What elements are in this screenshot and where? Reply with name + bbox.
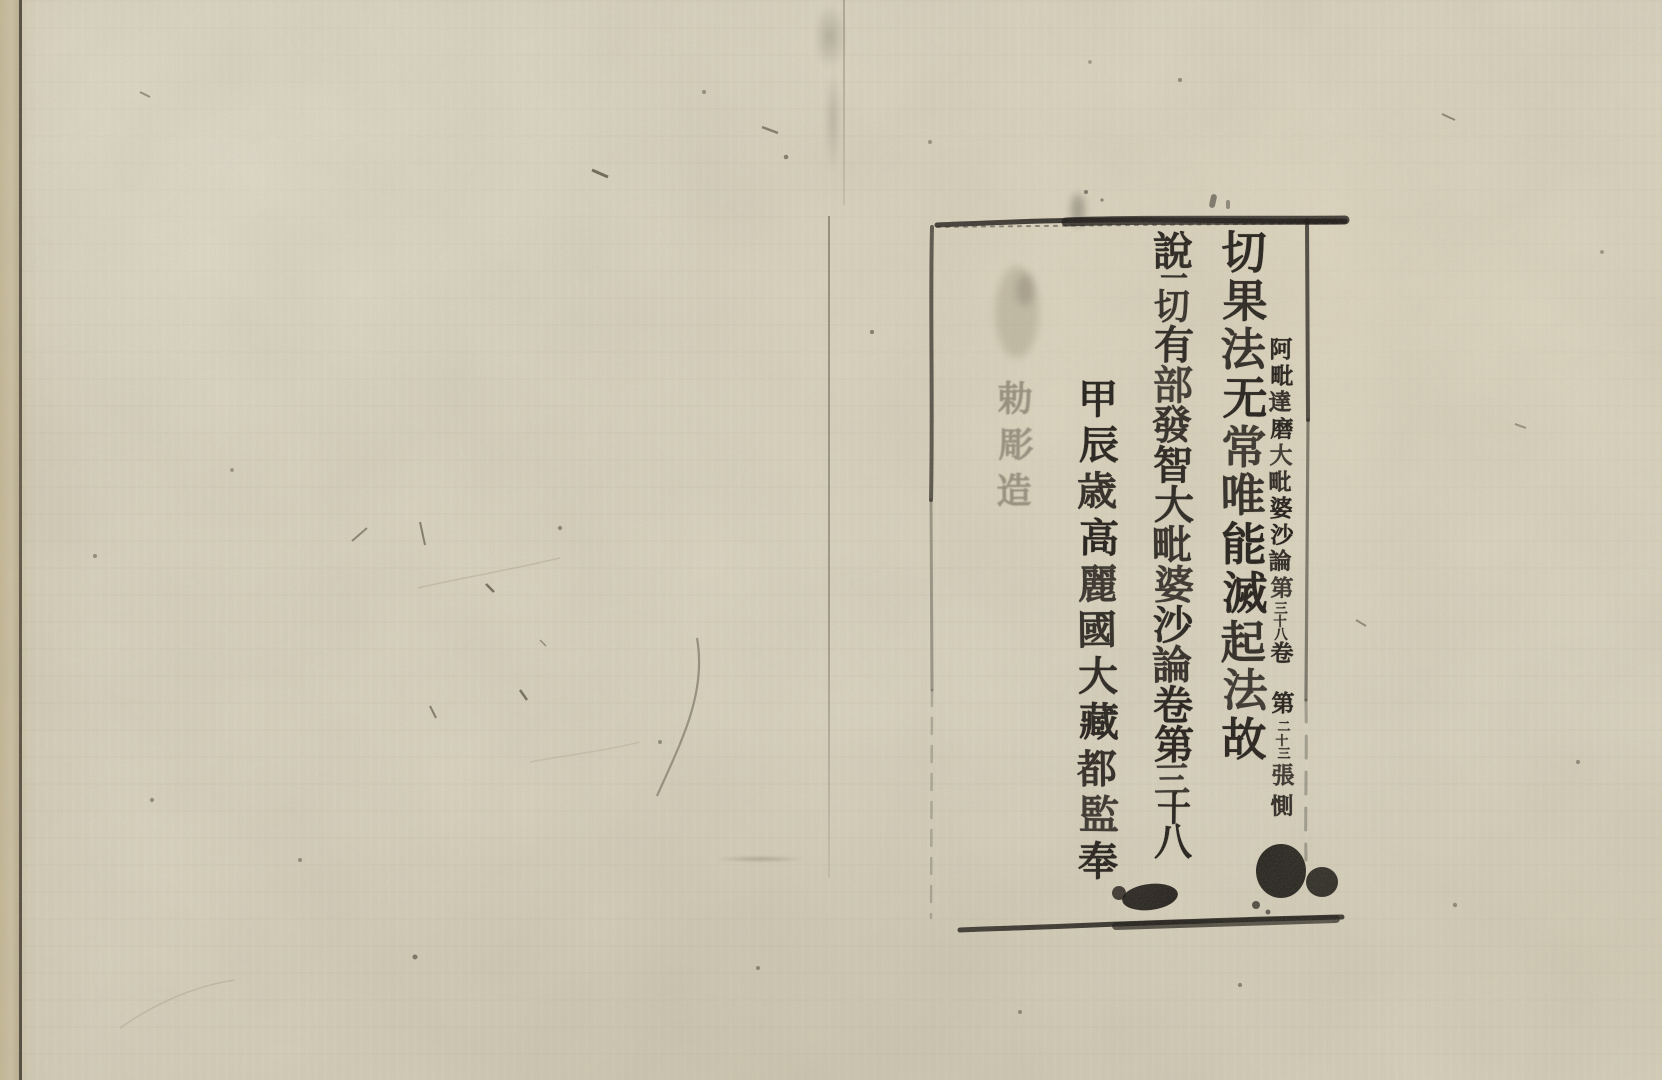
printed-character: 大 [1074,654,1122,700]
page-crease [828,216,830,878]
printed-character: 都 [1073,746,1122,793]
printed-character: 達 [1260,390,1300,417]
printed-character: 毗 [1260,469,1300,496]
column-sheet-number: 第二十三張惻 [1265,689,1301,823]
printed-character: 毗 [1142,526,1203,567]
printed-character: 發 [1142,406,1203,447]
printed-character: 造 [992,469,1037,516]
column-volume-title-small: 阿毗達磨大毗婆沙論第三十八卷 [1261,337,1301,668]
page-binding-edge [0,0,19,1080]
printed-character: 論 [1142,646,1203,687]
printed-character: 十 [1260,615,1300,629]
printed-character: 十 [1144,797,1204,827]
printed-character: 切 [1142,290,1202,327]
printed-character: 國 [1073,608,1122,655]
column-end-title: 說一切有部發智大毗婆沙論卷第三十八 [1143,232,1203,862]
printed-character: 藏 [1075,700,1123,747]
printed-character: 阿 [1261,337,1301,364]
paper-stain [714,855,806,863]
printed-character: 監 [1075,792,1123,839]
page-edge-line [19,0,22,1080]
printed-character: 卷 [1143,686,1203,726]
printed-character: 卷 [1262,641,1302,668]
page-crease [843,0,845,205]
printed-character: 有 [1144,326,1204,367]
printed-character: 智 [1143,446,1203,486]
printed-character: 麗 [1074,562,1122,608]
printed-character: 歳 [1073,469,1122,516]
printed-character: 婆 [1144,566,1204,607]
printed-character: 果 [1217,277,1274,326]
printed-character: 辰 [1075,423,1123,470]
printed-character: 第 [1262,575,1302,602]
printed-character: 婆 [1261,496,1301,523]
printed-character: 部 [1143,366,1203,406]
printed-character: 彫 [994,423,1038,469]
printed-character: 磨 [1262,416,1302,443]
printed-character: 八 [1143,826,1203,862]
printed-character: 沙 [1143,606,1203,646]
printed-character: 八 [1261,628,1301,641]
printed-character: 大 [1261,443,1301,470]
column-colophon-decree: 勅彫造 [993,377,1037,515]
printed-character: 切 [1216,229,1272,278]
scanned-page: 切果法无常唯能滅起法故 阿毗達磨大毗婆沙論第三十八卷 第二十三張惻 說一切有部發… [0,0,1662,1080]
printed-character: 張 [1265,761,1301,792]
printed-character: 論 [1260,549,1300,576]
printed-character: 勅 [993,377,1037,423]
printed-character: 惻 [1264,791,1300,822]
printed-character: 高 [1075,515,1123,562]
printed-character: 大 [1144,486,1204,527]
printed-character: 二 [1266,720,1302,734]
printed-character: 沙 [1262,522,1302,549]
printed-character: 三 [1266,747,1302,761]
printed-character: 毗 [1262,363,1302,390]
printed-character: 第 [1265,689,1301,720]
printed-character: 奉 [1074,839,1122,885]
column-colophon-date: 甲辰歳高麗國大藏都監奉 [1074,377,1122,885]
printed-character: 甲 [1074,377,1122,423]
